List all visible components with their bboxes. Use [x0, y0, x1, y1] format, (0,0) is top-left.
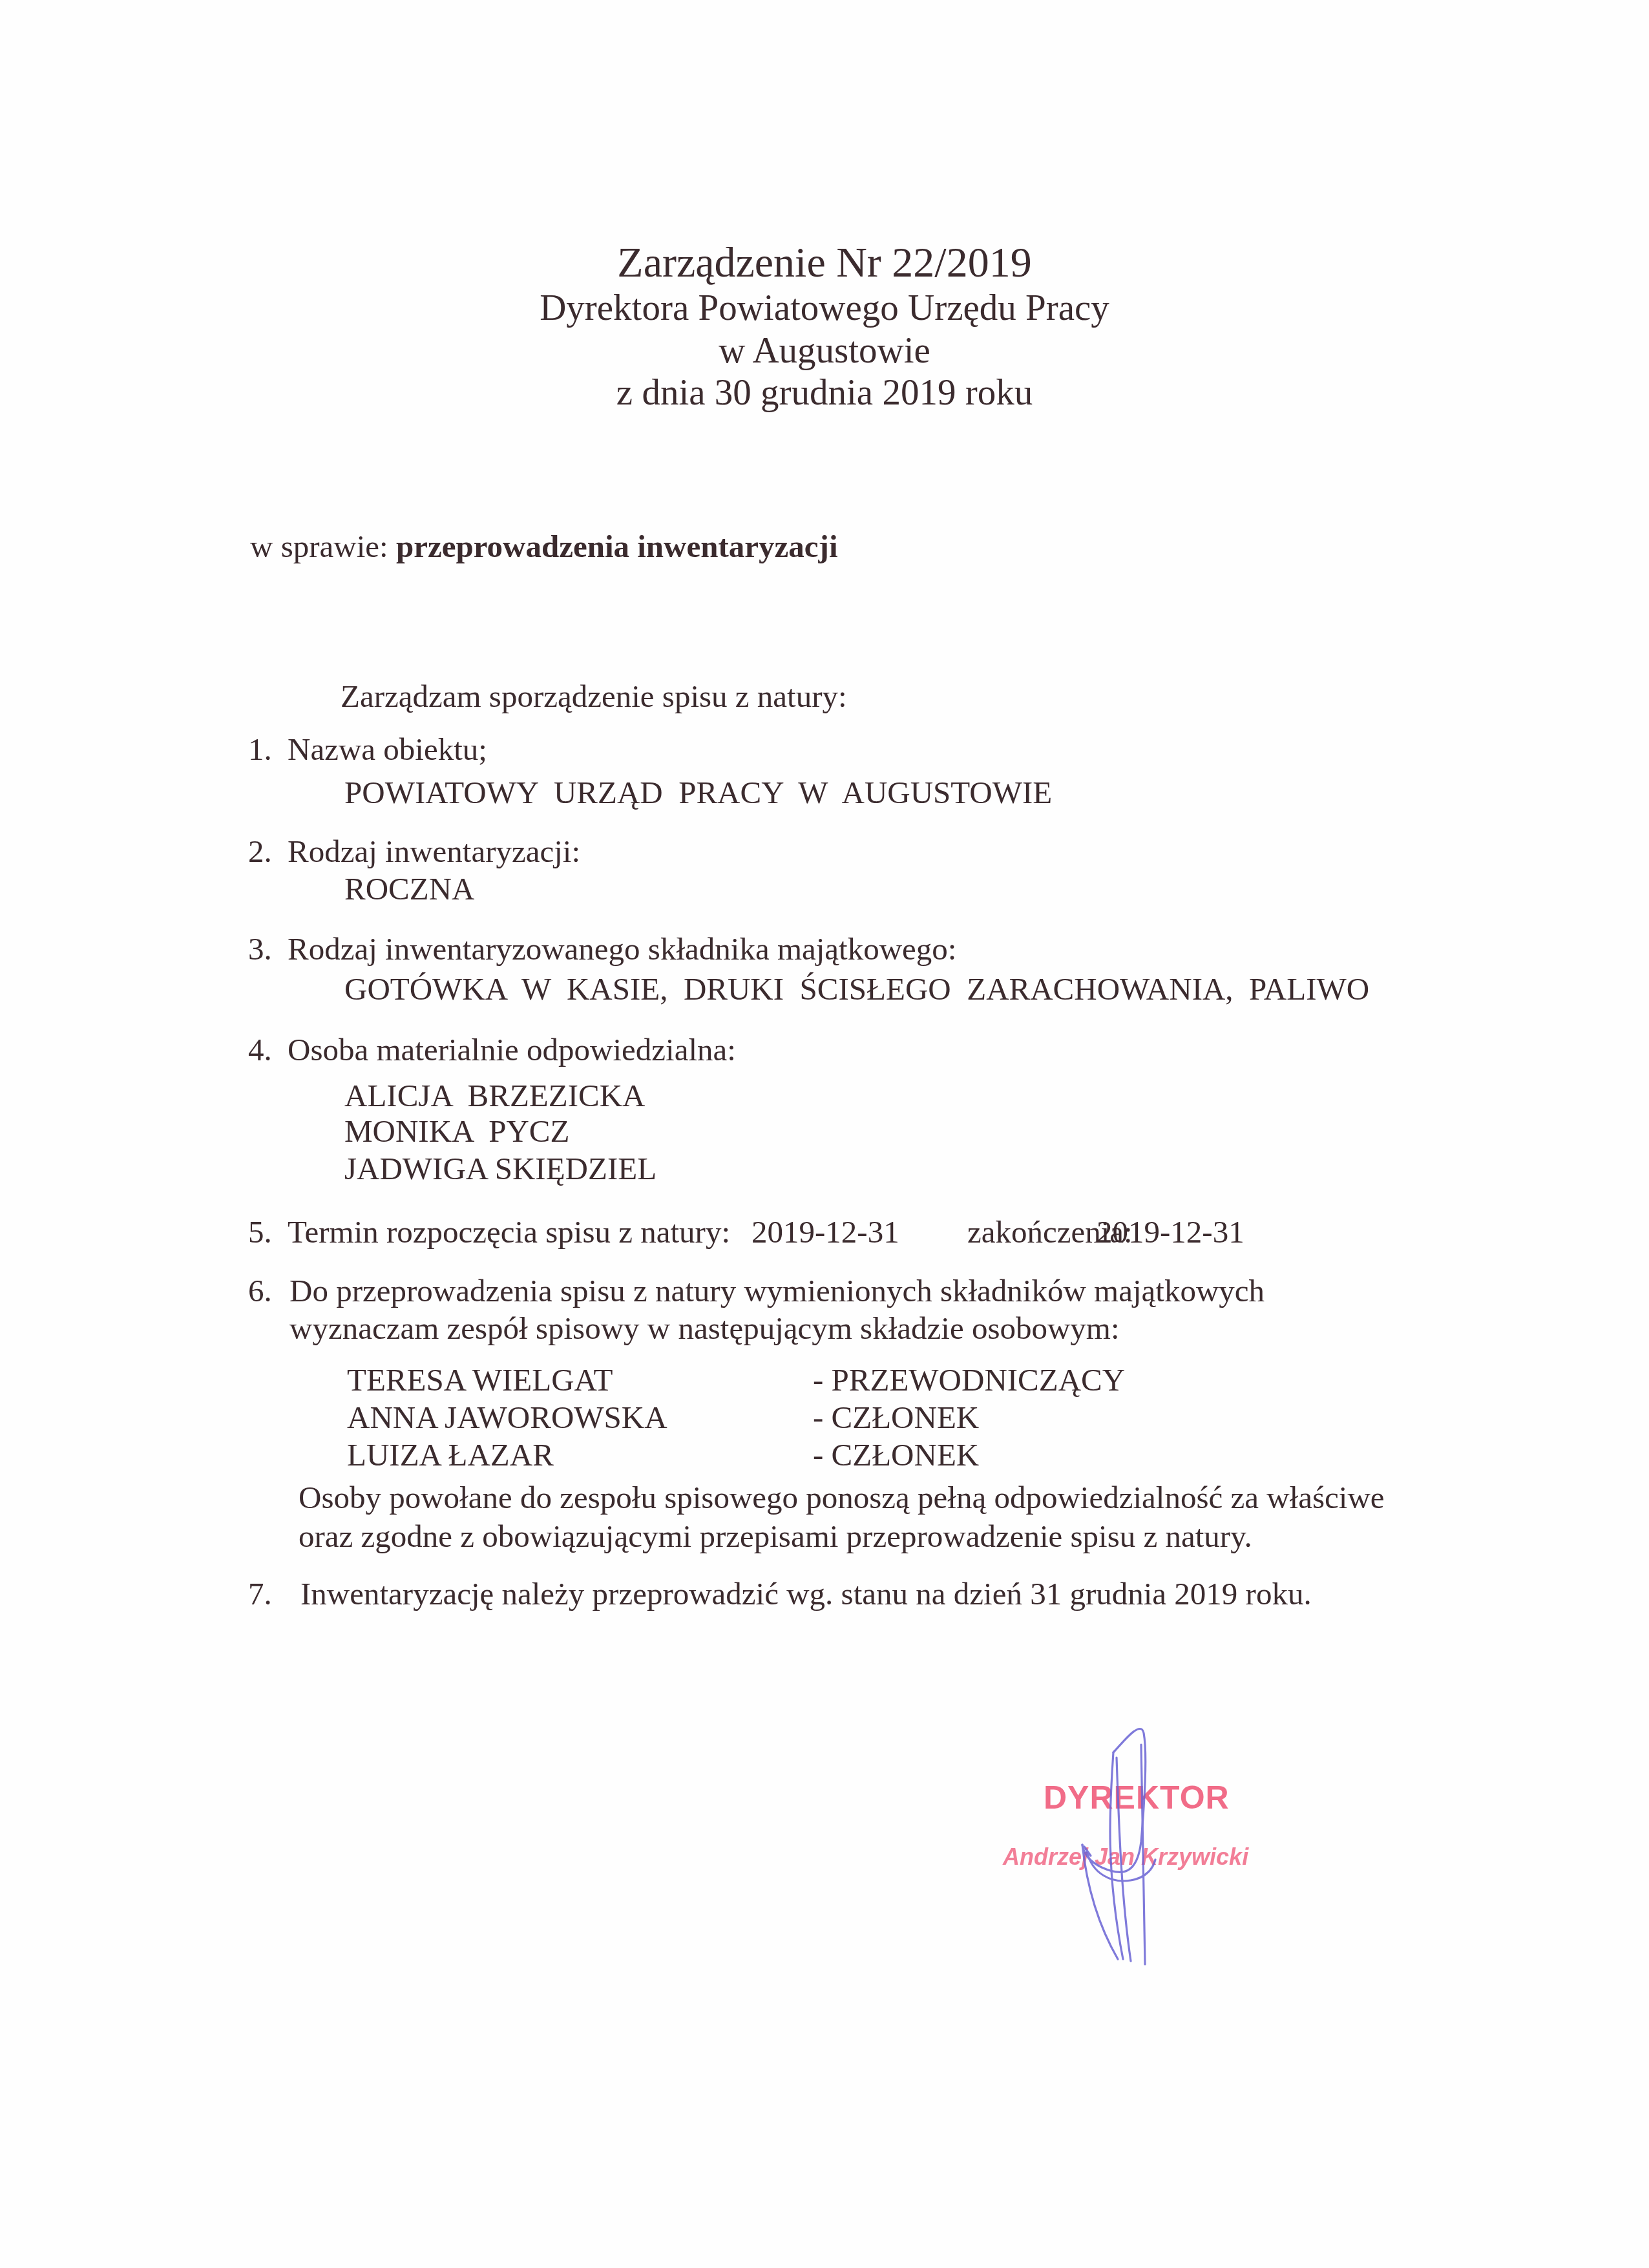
item-4-label: Osoba materialnie odpowiedzialna: — [288, 1034, 736, 1066]
item-3-number: 3. — [248, 933, 272, 965]
item-6-note-line-2: oraz zgodne z obowiązującymi przepisami … — [299, 1520, 1252, 1552]
team-member-name: TERESA WIELGAT — [347, 1364, 613, 1396]
item-7-label: Inwentaryzację należy przeprowadzić wg. … — [300, 1578, 1312, 1610]
team-member-name: ANNA JAWOROWSKA — [347, 1402, 667, 1433]
responsible-person: JADWIGA SKIĘDZIEL — [344, 1153, 656, 1184]
document-page: Zarządzenie Nr 22/2019 Dyrektora Powiato… — [0, 0, 1649, 2268]
item-2-value: ROCZNA — [344, 873, 474, 905]
item-6-label-line-2: wyznaczam zespół spisowy w następującym … — [289, 1312, 1120, 1344]
item-3-value: GOTÓWKA W KASIE, DRUKI ŚCISŁEGO ZARACHOW… — [344, 973, 1369, 1005]
subject-label: w sprawie: — [250, 529, 396, 564]
item-5-label: Termin rozpoczęcia spisu z natury: — [288, 1216, 730, 1248]
item-6-label-line-1: Do przeprowadzenia spisu z natury wymien… — [289, 1275, 1265, 1307]
item-2-label: Rodzaj inwentaryzacji: — [288, 835, 580, 867]
item-5-number: 5. — [248, 1216, 272, 1248]
start-date: 2019-12-31 — [751, 1216, 899, 1248]
document-title: Zarządzenie Nr 22/2019 — [0, 242, 1649, 284]
document-issuer: Dyrektora Powiatowego Urzędu Pracy — [0, 289, 1649, 326]
intro-text: Zarządzam sporządzenie spisu z natury: — [341, 680, 847, 712]
item-3-label: Rodzaj inwentaryzowanego składnika mająt… — [288, 933, 956, 965]
team-member-role: - CZŁONEK — [813, 1439, 979, 1471]
document-date: z dnia 30 grudnia 2019 roku — [0, 374, 1649, 411]
item-2-number: 2. — [248, 835, 272, 867]
item-1-value: POWIATOWY URZĄD PRACY W AUGUSTOWIE — [344, 777, 1052, 808]
item-6-note-line-1: Osoby powołane do zespołu spisowego pono… — [299, 1482, 1385, 1513]
team-member-role: - CZŁONEK — [813, 1402, 979, 1433]
responsible-person: MONIKA PYCZ — [344, 1115, 569, 1147]
responsible-person: ALICJA BRZEZICKA — [344, 1080, 646, 1111]
signature — [1008, 1706, 1202, 1977]
team-member-role: - PRZEWODNICZĄCY — [813, 1364, 1125, 1396]
item-1-label: Nazwa obiektu; — [288, 733, 487, 765]
team-member-name: LUIZA ŁAZAR — [347, 1439, 554, 1471]
subject-value: przeprowadzenia inwentaryzacji — [396, 529, 838, 564]
item-7-number: 7. — [248, 1578, 272, 1610]
end-date: 2019-12-31 — [1097, 1216, 1245, 1248]
item-1-number: 1. — [248, 733, 272, 765]
subject-line: w sprawie: przeprowadzenia inwentaryzacj… — [250, 530, 838, 562]
item-4-number: 4. — [248, 1034, 272, 1066]
item-6-number: 6. — [248, 1275, 272, 1307]
document-location: w Augustowie — [0, 332, 1649, 369]
